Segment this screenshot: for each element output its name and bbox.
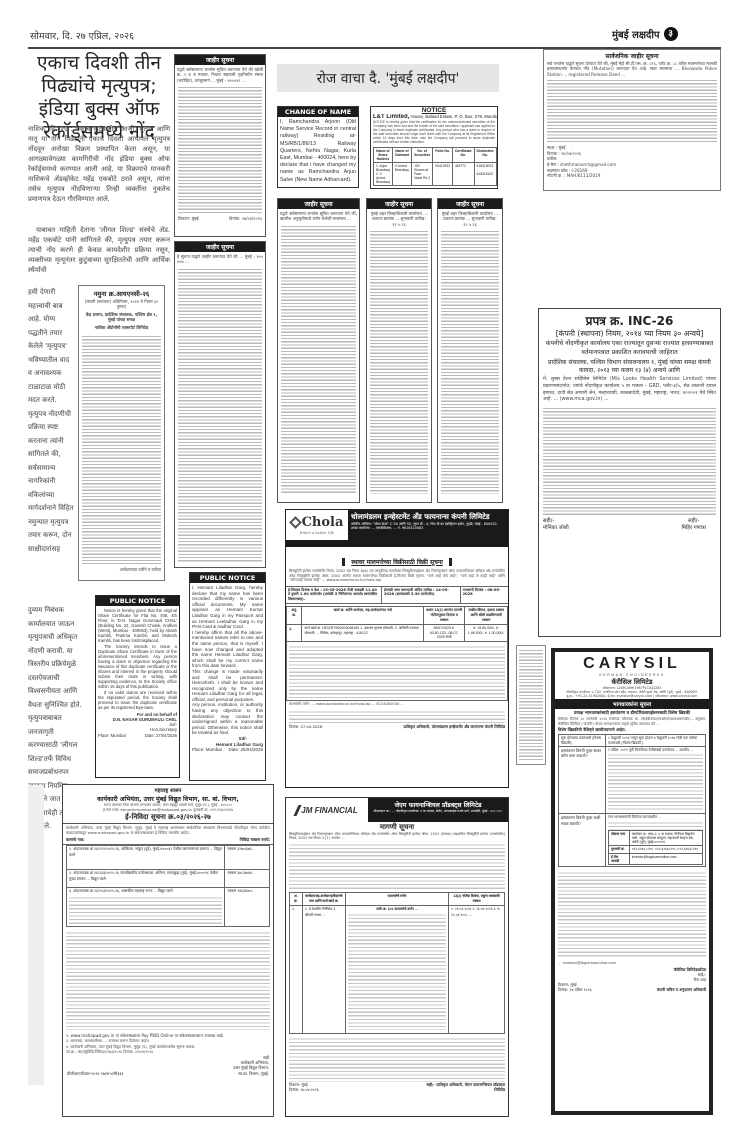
notice-sign-4: Hon.Secretary — [98, 727, 177, 732]
cell-label: हस्तांतरण विनंती पुन्हा कशी सादर करावी? — [559, 814, 606, 867]
carysil-notice-title: भागधारकांना सूचना — [555, 699, 709, 709]
cell-value: investor@bigshareonline.com — [629, 853, 702, 864]
lt-limited-notice: NOTICE L&T Limited, House, Ballard Estat… — [370, 106, 498, 189]
chola-footer-note: मालमत्तेचे वर्णन: ... www.auctionfocus.i… — [286, 701, 508, 708]
notice-body-fill — [178, 267, 262, 562]
notice-date: दिनांक: २७/०४/२०२६ — [229, 216, 262, 221]
mahapwd-header: महाराष्ट्र शासन — [63, 786, 273, 794]
inc26-subtitle: [कंपनी (स्थापना) नियम, २०१४ च्या नियम ३०… — [539, 329, 720, 339]
notice-para-1: I, Hemant Liladhar Garg, hereby declare … — [192, 585, 263, 630]
carysil-intro: सेबीच्या दिनांक ३० जानेवारी २०२६ रोजीच्य… — [555, 717, 709, 726]
mutation-notice-body: सर्व जनतेस याद्वारे सूचना देण्यात येते क… — [544, 60, 720, 78]
jm-wordmark: JM FINANCIAL — [301, 806, 357, 815]
cell-claimant: V Arvind Bhardwaj — [392, 162, 411, 185]
cell-value-text: १ एप्रिल, २०१९ पूर्वी विनंतीपत्र/ ठेवीसं… — [608, 748, 703, 752]
notice-title: जाहीर सूचना — [438, 199, 502, 209]
mutation-public-notice: सार्वजनिक जाहीर सूचना सर्व जनतेस याद्वार… — [543, 49, 721, 191]
carysil-header: CARYSIL GERMAN ENGINEERED कॅरीसिल लिमिटे… — [555, 652, 709, 698]
notice-body-fill — [178, 85, 262, 215]
notice-place-date: Place: Mumbai Date: 27/04/2026 — [98, 733, 177, 738]
cell-value: ०२२-६२६३ ८२००, ०२२-६२६३८२९५, ०२२-६२६३८२९… — [629, 846, 702, 853]
cell-certificate: 463772 — [452, 162, 474, 185]
chola-dates-row: ई-लिलाव दिनांक व वेळ : 15-05-2026 रोजी स… — [286, 586, 508, 604]
inc26-sign-left: सही/- मोनिका जोशी — [543, 518, 569, 532]
cell-label: पोस्टल पत्ता — [609, 830, 630, 846]
jm-intro: सिक्युरिटायझेशन अँड रिकन्स्ट्रक्शन ऑफ फा… — [286, 832, 508, 841]
carysil-place-date: ठिकाण: मुंबई दिनांक: २४ एप्रिल २०२६ कंपन… — [555, 983, 709, 993]
jm-signature-row: ठिकाण: मुंबई दिनांक: २७.०४.२०२६ सही/- प्… — [286, 1083, 508, 1093]
carysil-contact: दू.क्र.: +91-22-41902000, ई-मेल: investo… — [555, 694, 709, 698]
mahapwd-signature: सही कार्यकारी अभियंता, उत्तर मुंबई विद्य… — [63, 1054, 273, 1071]
col-cost: निविदा रक्कम रुपये: — [240, 837, 270, 843]
chola-title-bar — [286, 540, 508, 547]
cell-value: ५ फेब्रुवारी २०२६ पासून सुरू होऊन ४ फेब्… — [606, 735, 706, 747]
cell-property: फ्लॅट क्र. ६०२ मालमत्तेचे वर्णन ... — [345, 906, 448, 1034]
col-folio: Folio No. — [433, 147, 453, 162]
cell-borrowers: कर्ज खाते क्र. HE02RTB00000048150 1. दत्… — [302, 625, 424, 642]
cell-work: ३. अंदाजपत्रक क्र.२६/२५३/२०२५-२६, शासकीय… — [67, 888, 225, 926]
lead-body-para2: याबाबत माहिती देताना 'लीगल शिल्ड' संस्थे… — [28, 225, 170, 275]
notice-date: Date: 25/04/2026 — [228, 747, 263, 753]
carysil-features-table: सुरू होण्याचा कालावधी (विशेष खिडकी) ५ फे… — [558, 734, 706, 867]
table-row: 1. Arjun Bhardwaj 2. V Arvind Bhardwaj V… — [374, 162, 497, 185]
notice-jaahir-soochana-2: जाहीर सूचना हे सूचना याद्वारे जाहीर करण्… — [174, 241, 266, 568]
carysil-shareholder-notice: CARYSIL GERMAN ENGINEERED कॅरीसिल लिमिटे… — [551, 648, 713, 1115]
table-row: २. अंदाजपत्रक क्र.२६/२३३/२०२५-२६ न्यायवै… — [67, 870, 270, 888]
cell-value: पात्र भागधारकांनी दिलेल्या कालावधीत ... … — [606, 814, 706, 867]
chola-footer-fill — [289, 709, 505, 723]
cell-label: सुरू होण्याचा कालावधी (विशेष खिडकी) — [559, 735, 606, 747]
notice-jaahir-soochana-3: जाहीर सूचना यद्वारे सर्वसामान्य जनतेस सू… — [277, 198, 360, 503]
jm-date: दिनांक: २७.०४.२०२६ — [289, 1088, 319, 1093]
table-row: हस्तांतरण विनंती पुन्हा कशी सादर करावी? … — [559, 814, 706, 867]
cell-value-fill — [608, 752, 703, 812]
public-notice-name-change: PUBLIC NOTICE I, Hemant Liladhar Garg, h… — [189, 572, 266, 781]
notice-body: यद्वारे सर्वसामान्य जनतेस सूचित करण्यात … — [175, 65, 265, 85]
cell-value-fill — [608, 820, 703, 830]
notice-body: यद्वारे सर्वसामान्य जनतेस सूचित करण्यात … — [278, 209, 359, 224]
mahapwd-tender-notice: महाराष्ट्र शासन कार्यकारी अभियंता, उत्तर… — [62, 784, 274, 1117]
chola-signatory: प्राधिकृत अधिकारी, चोलामंडलम इन्व्हेस्टम… — [403, 724, 505, 730]
notice-para-4: Any person, institution, or authority ha… — [192, 702, 263, 736]
table-row: ई-मेल आयडीinvestor@bigshareonline.com — [609, 853, 703, 864]
chola-inspection-date: तपासणी दिनांक : 08-05-2026 — [461, 587, 508, 603]
jm-signatory: सही/- प्राधिकृत अधिकारी, जेएम फायनान्शिय… — [415, 1083, 505, 1093]
lead-dateline-body: नाशिक, दि. २६ : एकाच कुटुंबातील आजी, मुल… — [28, 124, 170, 204]
cell-reserve-price: रु. 19,80,000/- रु. 1,98,000/- रु. 1,00,… — [465, 625, 508, 642]
notice-place: Place: Mumbai — [98, 733, 126, 738]
col-work: कामाचे नाव: — [66, 837, 85, 843]
cell-cost: रक्कम २४६३६७०/- — [225, 888, 270, 926]
chola-logo: Chola Enter a better life — [286, 510, 348, 540]
inc26-sign-left-name: मोनिका जोशी — [543, 525, 569, 532]
table-row: ३. अंदाजपत्रक क्र.२६/२५३/२०२५-२६, शासकीय… — [67, 888, 270, 926]
auction-notice-fragment — [516, 645, 546, 765]
chola-auction-date: ई-लिलाव दिनांक व वेळ : 15-05-2026 रोजी स… — [286, 587, 382, 603]
col-serial: अ. क्र. — [290, 892, 303, 905]
change-of-name-title: CHANGE OF NAME — [278, 107, 358, 117]
paper-name: मुंबई लक्षदीप — [612, 27, 660, 41]
col-certificate: Certificate No. — [452, 147, 474, 162]
jm-header: JM FINANCIAL जेएम फायनान्शियल प्रॉडक्ट्स… — [286, 798, 508, 822]
col-claimant: Name of Claimant — [392, 147, 411, 162]
chola-company-block: चोलामंडलम इन्व्हेस्टमेंट अँड फायनान्स कं… — [348, 510, 508, 540]
cell-property-fill — [348, 912, 446, 1030]
mahapwd-email: ई-मेल पत्ता: eenorthmumbai.ee@mahapwd.go… — [63, 808, 273, 813]
public-notice-share-certificate: PUBLIC NOTICE Notice is hereby given tha… — [95, 595, 180, 778]
inc26-line2: प्रादेशिक संचालक, पश्चिम विभाग संचालनालय… — [539, 358, 720, 375]
form-notice-title: नमुना क्र.आयएनसी-२६ — [79, 289, 164, 298]
mahapwd-conditions-fill — [66, 930, 270, 1030]
notice-jaahir-soochana-5: जाहीर सूचना मुंबई शहर जिल्हाधिकारी कार्य… — [437, 198, 503, 503]
notice-para-3: If no valid claims are received within t… — [98, 690, 177, 710]
notice-body-fill — [441, 229, 499, 494]
notice-body-fill — [370, 229, 428, 494]
change-of-name-notice: CHANGE OF NAME I, Ramchandra Arjoon (Old… — [277, 106, 359, 188]
table-row: १. अंदाजपत्रक क्र.२६/२२२/२०२५-२६, कोकिळा… — [67, 846, 270, 870]
chola-property-table: अनु. क्र. खाते क्र. आणि कर्जदार, सह-कर्ज… — [286, 606, 508, 701]
cell-work: २. अंदाजपत्रक क्र.२६/२३३/२०२५-२६ न्यायवै… — [67, 870, 225, 888]
notice-para-2: The Society intends to issue a Duplicate… — [98, 644, 177, 689]
public-notice-title: PUBLIC NOTICE — [190, 573, 265, 583]
chola-sale-notice: Chola Enter a better life चोलामंडलम इन्व… — [285, 509, 509, 788]
chola-emd-date: ईएमडी जमा करण्याची अंतिम तारीख : 14-05-2… — [382, 587, 461, 603]
notice-place: ठिकाण: मुंबई — [178, 216, 199, 221]
table-row: 1. 1. वे.केअरिंग लिमिटेड 2. श्रीमती ममता… — [290, 906, 505, 1034]
cell-serial: 1. — [290, 906, 303, 1034]
banner-read-daily: रोज वाचा दै. 'मुंबई लक्षदीप' — [277, 64, 499, 92]
notice-para-1: Notice is hereby given that the original… — [98, 608, 177, 643]
jm-company-block: जेएम फायनान्शियल प्रॉडक्ट्स लिमिटेड सीआय… — [368, 798, 508, 822]
public-notice-body: I, Hemant Liladhar Garg, hereby declare … — [190, 583, 265, 755]
jm-financial-demand-notice: JM FINANCIAL जेएम फायनान्शियल प्रॉडक्ट्स… — [285, 797, 509, 1117]
chola-notice-title-text: स्थावर मालमत्तेच्या विक्रीसाठी विक्री सू… — [342, 558, 452, 566]
fragment-fill — [519, 648, 543, 762]
col-borrowers: खाते क्र. आणि कर्जदार, सह-कर्जदारांच्या … — [302, 606, 424, 625]
table-row: हस्तांतरण विनंती पुन्हा सादर कोण करू शकत… — [559, 747, 706, 814]
banner-text: रोज वाचा दै. 'मुंबई लक्षदीप' — [317, 69, 460, 88]
lt-notice-title: NOTICE — [371, 107, 497, 114]
chola-diamond-icon — [289, 516, 302, 529]
cell-cost: रक्कम ३२७०६७६/- — [225, 846, 270, 870]
notice-title: जाहीर सूचना — [175, 55, 265, 65]
column-spacer — [28, 785, 44, 1085]
inc26-form-notice: प्रपत्र क्र. INC-26 [कंपनी (स्थापना) निय… — [538, 308, 721, 637]
change-of-name-body: I, Ramchandra Arjoon (Old Name Service R… — [278, 117, 358, 186]
mahapwd-footer-row: डीजीआयपीआर-२०२६-२७/ब-५/सी३३१ सा.बां. विभ… — [63, 1071, 273, 1077]
jm-notice-title: मागणी सूचना — [286, 823, 508, 832]
chola-address: कॉर्पोरेट ऑफिस: "चोला क्रेस्ट" C 54 आणि … — [351, 522, 505, 530]
lt-notice-body: NOTICE is hereby given that the certific… — [371, 120, 497, 145]
jm-address: सीआयएन क्र.: ... नोंदणीकृत कार्यालय: ७ व… — [371, 809, 505, 813]
notice-title: जाहीर सूचना — [175, 242, 265, 252]
mahapwd-tender-title: ई-निविदा सूचना क्र.०३/२०२६-२७ — [63, 813, 273, 822]
notice-place-date: Place: Mumbai Date: 25/04/2026 — [192, 747, 263, 753]
jm-intro-fill — [289, 842, 505, 890]
table-row: सुरू होण्याचा कालावधी (विशेष खिडकी) ५ फे… — [559, 735, 706, 747]
notice-para-3: This change is made voluntarily and shal… — [192, 669, 263, 703]
cell-label: ई-मेल आयडी — [609, 853, 630, 864]
jm-footer-fill — [289, 1036, 505, 1082]
col-reserve-price: राखीव किंमत, इसारा रक्कम आणि बोली वाढविण… — [465, 606, 508, 625]
chola-company-name: चोलामंडलम इन्व्हेस्टमेंट अँड फायनान्स कं… — [351, 512, 505, 522]
table-row-description — [287, 641, 508, 700]
col-distinctive: Distinctive No. — [474, 147, 496, 162]
public-notice-title: PUBLIC NOTICE — [96, 596, 179, 606]
cell-borrower: 1. वे.केअरिंग लिमिटेड 2. श्रीमती ममता ..… — [302, 906, 345, 1034]
cell-securities: 100 Shares at Face Value Rs.2 — [412, 162, 433, 185]
table-row: पोस्टल पत्ताकार्यालय क्र. एस६-२, ६ वा मज… — [609, 830, 703, 846]
mahapwd-dgipr: डीजीआयपीआर-२०२६-२७/ब-५/सी३३१ — [67, 1071, 123, 1077]
chola-notice-title: स्थावर मालमत्तेच्या विक्रीसाठी विक्री सू… — [286, 549, 508, 568]
description-fill — [289, 644, 505, 698]
notice-body: हे सूचना याद्वारे जाहीर करण्यात येते की … — [175, 252, 265, 267]
notice-title: जाहीर सूचना — [278, 199, 359, 209]
table-row: 1. कर्ज खाते क्र. HE02RTB00000048150 1. … — [287, 625, 508, 642]
inc26-sign-right: सही/- मिहिर गणात्रा — [681, 518, 706, 532]
mahapwd-office: कार्यकारी अभियंता, उत्तर मुंबई विद्युत व… — [63, 794, 273, 803]
cell-serial: 1. — [287, 625, 302, 642]
cell-description — [287, 641, 508, 700]
inc26-title: प्रपत्र क्र. INC-26 — [539, 312, 720, 329]
col-demand-notice: कलम 13(2) अंतर्गत मागणी नोटीसनुसार दिनां… — [424, 606, 465, 625]
col-shareholders: Name of Share Holders — [374, 147, 393, 162]
notice-title: जाहीर सूचना — [367, 199, 431, 209]
cell-cost: रक्कम ३४८३७४४/- — [225, 870, 270, 888]
public-notice-body: Notice is hereby given that the original… — [96, 606, 179, 740]
lt-securities-table: Name of Share Holders Name of Claimant N… — [373, 147, 497, 186]
carysil-date: दिनांक: २४ एप्रिल २०२६ — [558, 988, 592, 993]
chola-tagline: Enter a better life — [300, 530, 335, 535]
col-serial: अनु. क्र. — [287, 606, 302, 625]
cell-shareholders: 1. Arjun Bhardwaj 2. V Arvind Bhardwaj — [374, 162, 393, 185]
cell-demand-notice: 08/07/2025 रु. 63,80,122/- 08-07-2025 रो… — [424, 625, 465, 642]
carysil-subtitle: प्रत्यक्ष भागधारकांसाठी हस्तांतरण व डीमट… — [555, 709, 709, 717]
chola-signature-row: दिनांक: 27.04.2026 प्राधिकृत अधिकारी, चो… — [286, 724, 508, 730]
col-property: मालमत्तेचे वर्णन — [345, 892, 448, 905]
chola-header: Chola Enter a better life चोलामंडलम इन्व… — [286, 510, 508, 540]
inc26-body-fill — [543, 406, 716, 516]
notice-para-2: I hereby affirm that all the above-menti… — [192, 630, 263, 669]
jm-demand-table: अ. क्र. कर्जदार/सह-कर्जदार/हमीदारांचे ना… — [289, 892, 505, 1034]
jm-company-name: जेएम फायनान्शियल प्रॉडक्ट्स लिमिटेड — [371, 800, 505, 809]
inc26-line1: कंपनीचे नोंदणीकृत कार्यालय एका राज्यातून… — [539, 339, 720, 358]
notice-footer: ठिकाण: मुंबई दिनांक: २७/०४/२०२६ — [175, 215, 265, 222]
cell-value: १ एप्रिल, २०१९ पूर्वी विनंतीपत्र/ ठेवीसं… — [606, 747, 706, 814]
notice-body: मुंबई शहर जिल्हाधिकारी कार्यालय ... प्रक… — [438, 209, 502, 229]
mahapwd-works-table: १. अंदाजपत्रक क्र.२६/२२२/२०२५-२६, कोकिळा… — [66, 845, 270, 926]
cell-distinctive: 618315003 - 618315102 — [474, 162, 496, 185]
form-notice-company: नाशिक ॲग्रोनॉमी एक्सपोर्ट लिमिटेड — [79, 324, 164, 331]
col-securities: No. of Securities — [412, 147, 433, 162]
notice-body: मुंबई शहर जिल्हाधिकारी कार्यालय ... प्रक… — [367, 209, 431, 229]
cell-notice-date: १. २६.०३.२०२६ २. २६.०४.२०२६ ३. रु. १०,०३… — [449, 906, 505, 1034]
form-notice-footer: अर्जदाराच्या वतीने व करिता — [79, 567, 164, 572]
form-notice-inc26-small: नमुना क्र.आयएनसी-२६ (कंपनी (स्थापना) अधि… — [78, 285, 165, 581]
notice-date: Date: 27/04/2026 — [145, 733, 177, 738]
chola-date: दिनांक: 27.04.2026 — [289, 724, 322, 730]
cell-folio: 09413933 — [433, 162, 453, 185]
notice-body-fill — [281, 224, 356, 494]
mahapwd-sign-3: उत्तर मुंबई विद्युत विभाग, — [67, 1065, 269, 1070]
page-number-badge: ३ — [664, 27, 678, 41]
notice-jaahir-soochana-1: जाहीर सूचना यद्वारे सर्वसामान्य जनतेस सू… — [174, 54, 266, 237]
cell-label: हस्तांतरण विनंती पुन्हा सादर कोण करू शकत… — [559, 747, 606, 814]
lead-narrow-column: हमी देणारी महत्त्वाची बाब आहे. योग्य पद्… — [28, 286, 74, 586]
table-row: दूरध्वनी क्र.०२२-६२६३ ८२००, ०२२-६२६३८२९५… — [609, 846, 703, 853]
inc26-signature-row: सही/- मोनिका जोशी सही/- मिहिर गणात्रा — [539, 516, 720, 532]
notice-place: Place: Mumbai — [192, 747, 222, 753]
cell-work-fill — [69, 895, 222, 925]
carysil-company-name: कॅरीसिल लिमिटेड — [555, 677, 709, 686]
mutation-reg-2: नोंदणी क्र. : MAH/6111/2019 — [547, 173, 717, 179]
carysil-sign-4: कंपनी सचिव व अनुपालन अधिकारी — [657, 988, 706, 993]
lt-address: House, Ballard Estate, P. O. Box: 278, M… — [411, 114, 497, 119]
mahapwd-sign-4: सा.बां. विभाग, मुंबई. — [238, 1071, 269, 1077]
inc26-body: मे. लुक्स हेल्थ सर्व्हिसेस लिमिटेड (M/s … — [539, 375, 720, 406]
mutation-notice-title: सार्वजनिक जाहीर सूचना — [544, 52, 720, 60]
mutation-footer: स्थळ : मुंबई दिनांक : २४/०४/२०२६ वकील ई-… — [544, 144, 720, 180]
cell-value: कार्यालय क्र. एस६-२, ६ वा मजला, पिनॅकल ब… — [629, 830, 702, 846]
chola-logo-text: Chola — [291, 515, 344, 530]
mahapwd-intro: कार्यकारी अभियंता, उत्तर मुंबई विद्युत व… — [63, 824, 273, 836]
mutation-notice-fill — [547, 78, 717, 144]
col-borrower: कर्जदार/सह-कर्जदार/हमीदारांचे नाव आणि कर… — [302, 892, 345, 905]
jm-logo: JM FINANCIAL — [286, 798, 368, 822]
chola-wordmark: Chola — [302, 515, 344, 530]
carysil-table-label: विशेष खिडकीची वैशिष्ट्ये खालीलप्रमाणे आह… — [555, 726, 709, 734]
mahapwd-table-header: कामाचे नाव: निविदा रक्कम रुपये: — [63, 836, 273, 845]
masthead-date: सोमवार, दि. २७ एप्रिल, २०२६ — [30, 29, 134, 42]
form-notice-subtitle: (कंपनी (स्थापना) अधिनियम, २०१४ चे नियम ३… — [79, 298, 164, 311]
cell-work: १. अंदाजपत्रक क्र.२६/२२२/२०२५-२६, कोकिळा… — [67, 846, 225, 870]
carysil-body-fill — [558, 870, 706, 958]
notice-jaahir-soochana-4: जाहीर सूचना मुंबई शहर जिल्हाधिकारी कार्य… — [366, 198, 432, 503]
carysil-logo: CARYSIL — [555, 655, 709, 673]
cell-label: दूरध्वनी क्र. — [609, 846, 630, 853]
carysil-contact-table: पोस्टल पत्ताकार्यालय क्र. एस६-२, ६ वा मज… — [608, 830, 703, 865]
inc26-sign-right-name: मिहिर गणात्रा — [681, 525, 706, 532]
col-notice-date: 13(2) नोटीस दिनांक, एकूण थकबाकी रक्कम — [449, 892, 505, 905]
form-notice-body — [82, 334, 161, 564]
form-notice-line1: केंद्र शासन, प्रादेशिक संचालक, पश्चिम क्… — [79, 311, 164, 324]
carysil-signature: कॅरीसिल लिमिटेडकरिता सही/- रीना शाह — [555, 966, 709, 982]
chola-intro: सिक्युरिटी इंटरेस्ट एन्फोर्समेंट नियम, 2… — [286, 568, 508, 584]
masthead-paper-name: मुंबई लक्षदीप ३ — [612, 27, 678, 41]
